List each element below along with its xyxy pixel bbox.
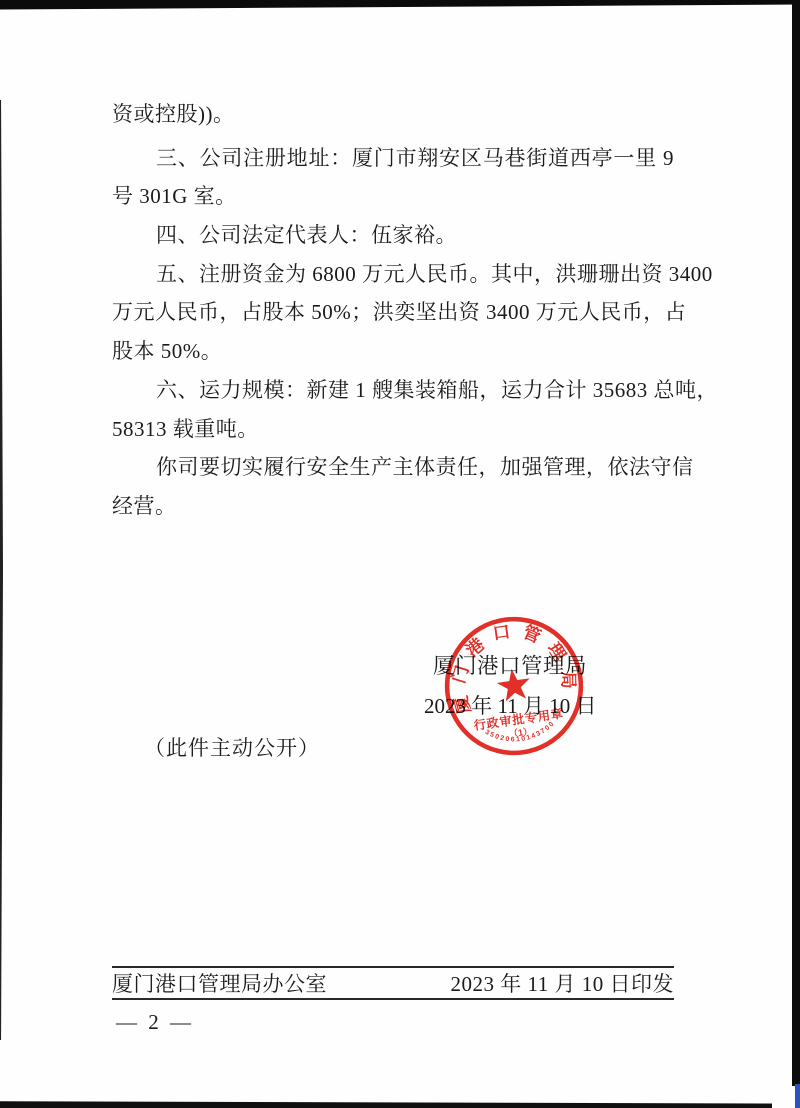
scan-edge-right [792, 0, 800, 1086]
body-line-4: 四、公司法定代表人：伍家裕。 [112, 216, 674, 255]
footer-issuer: 厦门港口管理局办公室 [112, 968, 327, 998]
body-line-8: 六、运力规模：新建 1 艘集装箱船，运力合计 35683 总吨， [112, 371, 674, 410]
seal-star-icon [495, 666, 532, 702]
body-line-6: 万元人民币，占股本 50%；洪奕坚出资 3400 万元人民币，占 [112, 293, 674, 332]
page-number: — 2 — [116, 1010, 194, 1035]
scan-artifact-blue [795, 1084, 800, 1108]
body-line-10: 你司要切实履行安全生产主体责任，加强管理，依法守信 [112, 448, 674, 487]
scan-edge-left [0, 100, 3, 1040]
document-body: 资或控股))。 三、公司注册地址：厦门市翔安区马巷街道西亭一里 9 号 301G… [112, 95, 674, 526]
footer-print-date: 2023 年 11 月 10 日印发 [451, 968, 674, 998]
body-line-5: 五、注册资金为 6800 万元人民币。其中，洪珊珊出资 3400 [112, 255, 674, 294]
footer-rule-bottom [112, 998, 674, 1000]
body-line-3: 号 301G 室。 [112, 177, 674, 216]
body-line-7: 股本 50%。 [112, 332, 674, 371]
official-seal-graphic: 厦门港口管理局 行政审批专用章 （1） 35020610143700 [428, 600, 600, 772]
disclosure-note: （此件主动公开） [144, 732, 320, 762]
seal-arc-text: 厦门港口管理局 [440, 613, 582, 717]
body-line-1: 资或控股))。 [112, 95, 674, 134]
footer-row: 厦门港口管理局办公室 2023 年 11 月 10 日印发 [112, 968, 674, 998]
body-line-2: 三、公司注册地址：厦门市翔安区马巷街道西亭一里 9 [112, 139, 674, 178]
body-line-9: 58313 载重吨。 [112, 410, 674, 449]
document-page: 资或控股))。 三、公司注册地址：厦门市翔安区马巷街道西亭一里 9 号 301G… [0, 0, 800, 1108]
scan-edge-bottom [0, 1099, 772, 1108]
scan-edge-top [0, 0, 800, 10]
official-seal: 厦门港口管理局 行政审批专用章 （1） 35020610143700 [428, 600, 600, 772]
body-line-11: 经营。 [112, 487, 674, 526]
